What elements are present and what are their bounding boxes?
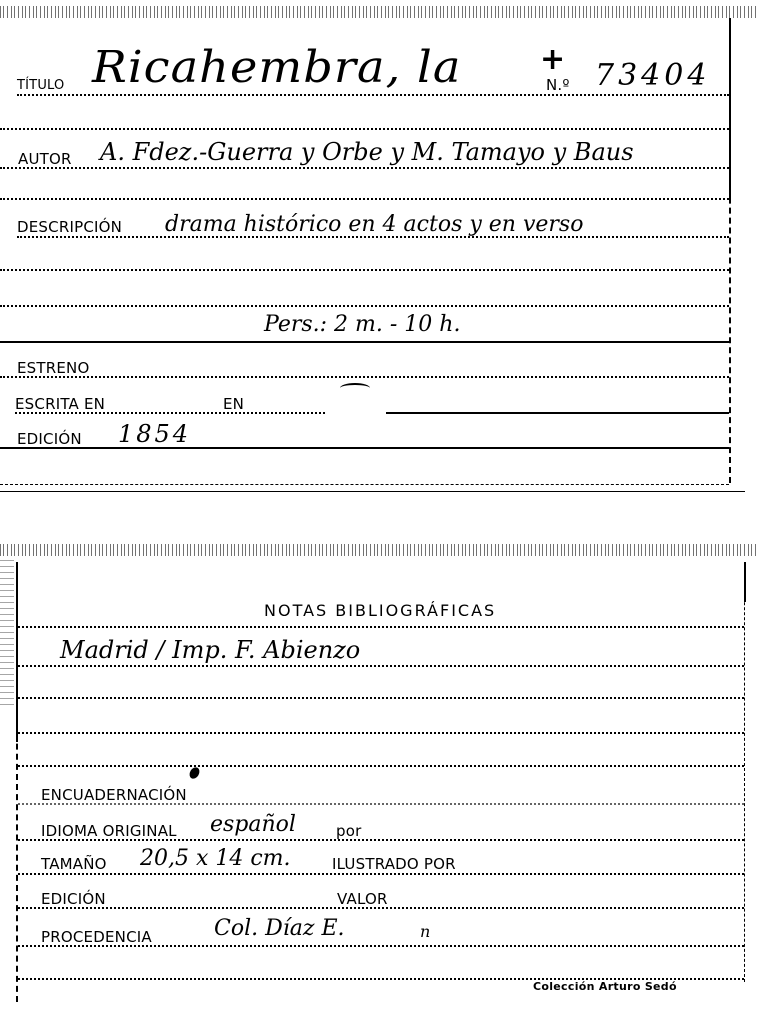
provenance-value-tail: n (420, 922, 430, 941)
rule-line (18, 765, 744, 767)
number-label: N.º (546, 76, 570, 94)
catalog-card-back: NOTAS BIBLIOGRÁFICAS Madrid / Imp. F. Ab… (0, 540, 759, 1028)
original-language-label: IDIOMA ORIGINAL (41, 822, 177, 840)
size-label: TAMAÑO (41, 855, 107, 873)
notes-line-1: Madrid / Imp. F. Abienzo (60, 636, 360, 664)
scan-smudge (340, 383, 370, 393)
description-value: drama histórico en 4 actos y en verso (165, 212, 583, 237)
collection-footer: Colección Arturo Sedó (533, 980, 677, 993)
original-language-value: español (210, 812, 296, 837)
characters-line (0, 341, 729, 343)
written-in-label: ESCRITA EN (15, 395, 105, 413)
provenance-line (18, 945, 744, 947)
scan-edge-speckle (0, 544, 759, 556)
value-label: VALOR (337, 890, 388, 908)
title-label: TÍTULO (17, 78, 64, 93)
illustrated-by-label: ILUSTRADO POR (332, 855, 456, 873)
language-line (18, 839, 744, 841)
rule-line (0, 305, 729, 307)
card-border-right-dashed (729, 18, 731, 483)
premiere-label: ESTRENO (17, 359, 90, 377)
provenance-label: PROCEDENCIA (41, 928, 152, 946)
description-label: DESCRIPCIÓN (17, 218, 122, 236)
rule-line (0, 484, 729, 485)
description-line (17, 236, 729, 238)
edition-label-2: EDICIÓN (41, 890, 106, 908)
edition-line-2 (18, 907, 744, 909)
deceased-cross-mark: + (540, 42, 565, 77)
ink-blot (188, 766, 202, 781)
translated-by-label: por (336, 822, 361, 840)
edition-value: 1854 (118, 420, 191, 448)
size-line (18, 873, 744, 875)
binding-label: ENCUADERNACIÓN (41, 786, 187, 804)
written-at-line (386, 412, 729, 414)
card-border-right-dashed (744, 562, 745, 982)
size-value: 20,5 x 14 cm. (140, 846, 291, 871)
rule-line (0, 269, 729, 271)
catalog-card-front: TÍTULO Ricahembra, la + N.º 73404 AUTOR … (0, 0, 759, 495)
title-line (17, 94, 729, 96)
scan-edge-speckle-left (0, 560, 14, 710)
rule-line (0, 198, 729, 200)
premiere-line (0, 376, 729, 378)
number-value: 73404 (595, 58, 710, 93)
rule-line (18, 626, 744, 628)
characters-value: Pers.: 2 m. - 10 h. (264, 312, 460, 337)
title-value: Ricahembra, la (92, 42, 461, 93)
edition-line (0, 447, 729, 449)
bibliographic-notes-heading: NOTAS BIBLIOGRÁFICAS (264, 601, 496, 620)
author-value: A. Fdez.-Guerra y Orbe y M. Tamayo y Bau… (100, 138, 634, 166)
author-line (0, 167, 729, 169)
card-bottom-edge (0, 491, 745, 492)
author-label: AUTOR (18, 150, 72, 168)
notes-line (18, 697, 744, 699)
card-border-left-dashed (16, 562, 18, 1002)
notes-line (18, 665, 744, 667)
written-in-line (15, 412, 325, 414)
rule-line (0, 128, 729, 130)
binding-line (18, 803, 744, 805)
scan-edge-speckle (0, 6, 759, 18)
edition-label: EDICIÓN (17, 430, 82, 448)
provenance-value: Col. Díaz E. (214, 916, 345, 941)
notes-line (18, 732, 744, 734)
written-at-label: EN (223, 395, 244, 413)
